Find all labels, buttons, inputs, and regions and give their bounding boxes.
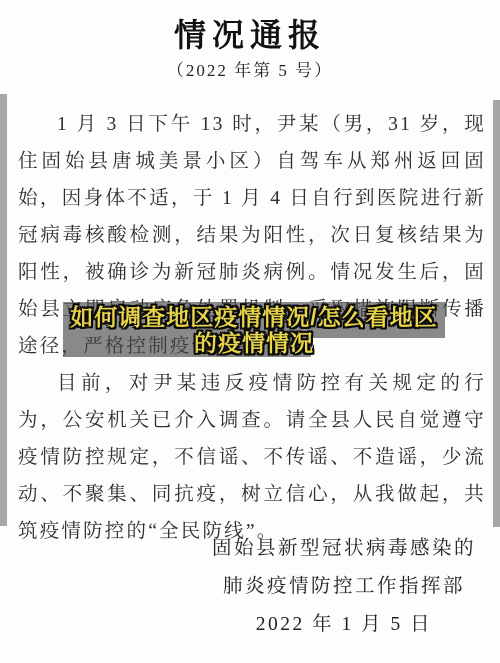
watermark-line-2: 的疫情情况 [63,330,445,356]
photo-gray-border-right [493,100,500,527]
photo-gray-border-left [0,94,7,526]
body-paragraph-2: 目前，对尹某违反疫情防控有关规定的行为，公安机关已介入调查。请全县人民自觉遵守疫… [18,365,486,550]
watermark-line-1: 如何调查地区疫情情况/怎么看地区 [63,304,445,330]
watermark-overlay-text: 如何调查地区疫情情况/怎么看地区 的疫情情况 [63,304,445,356]
doc-title: 情况通报 [0,10,500,56]
signature-org-line-2: 肺炎疫情防控工作指挥部 [212,568,476,606]
signature-date: 2022 年 1 月 5 日 [212,606,476,644]
signature-org-line-1: 固始县新型冠状病毒感染的 [212,530,476,568]
doc-number: （2022 年第 5 号） [0,56,500,81]
document-photo: 情况通报 （2022 年第 5 号） 1 月 3 日下午 13 时，尹某（男，3… [0,0,500,663]
signature-block: 固始县新型冠状病毒感染的 肺炎疫情防控工作指挥部 2022 年 1 月 5 日 [212,530,476,644]
